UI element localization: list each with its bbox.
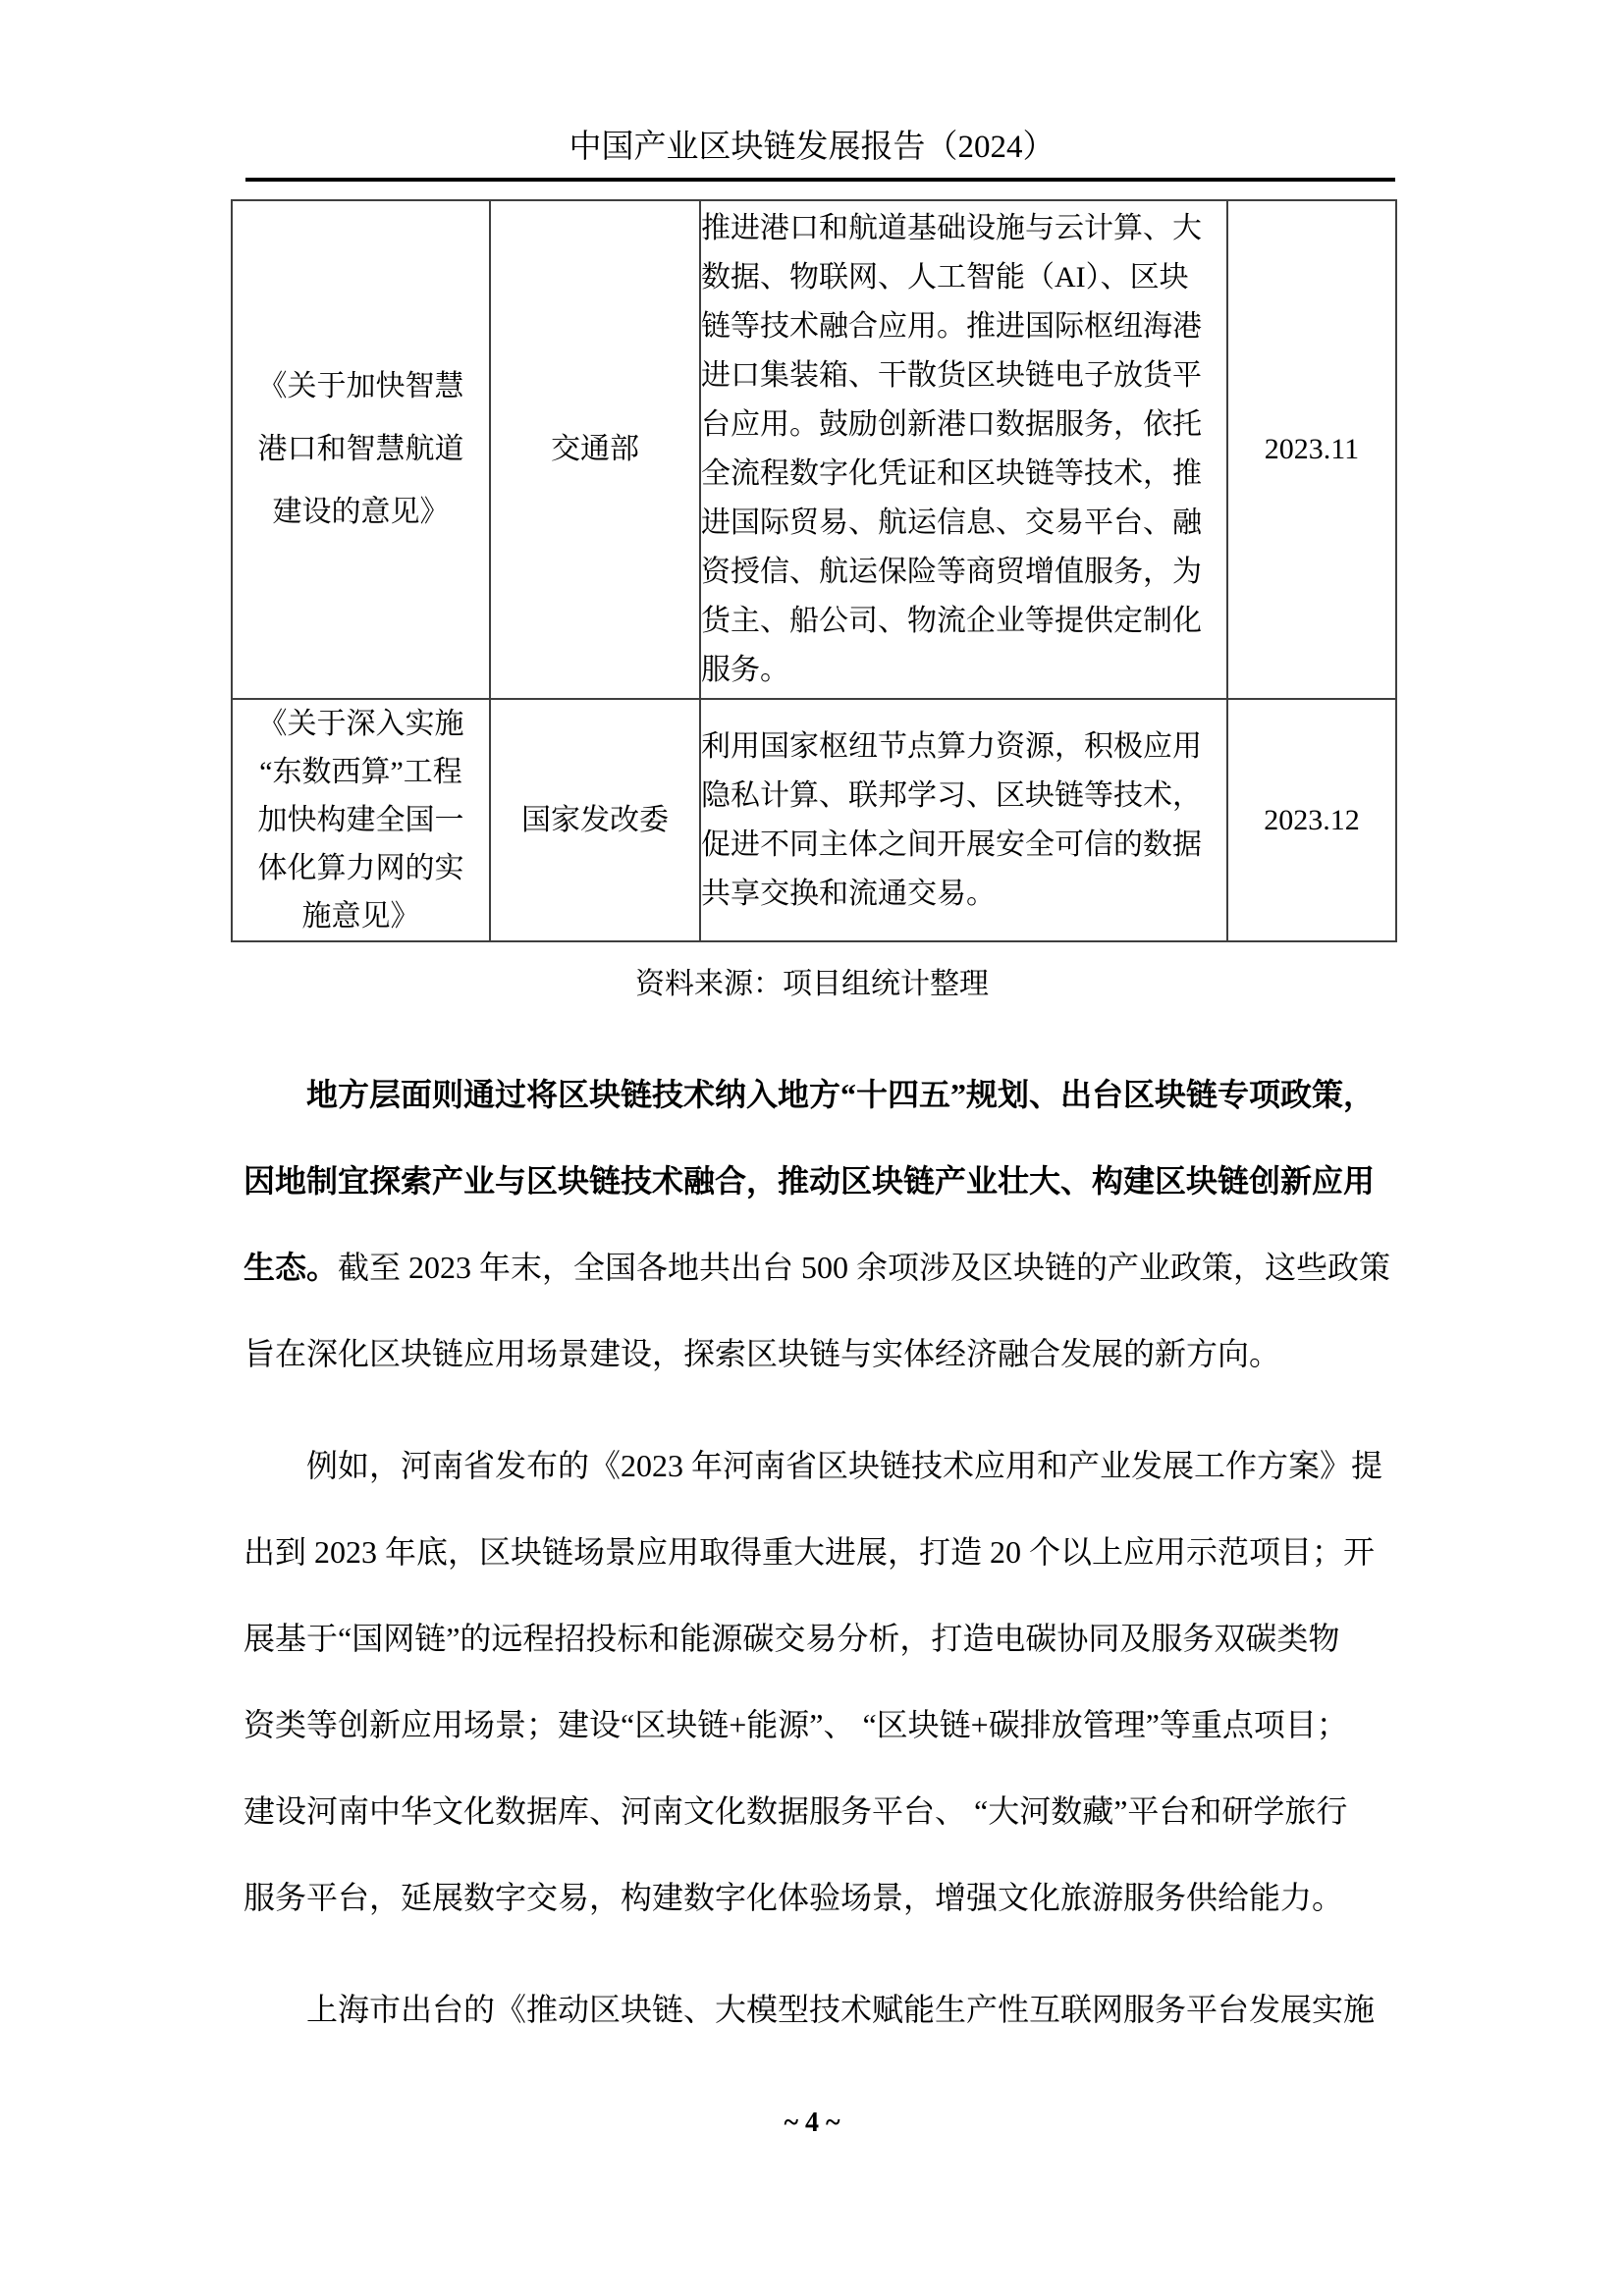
paragraph-local-policy-regular-text: 截至 2023 年末，全国各地共出台 500 余项涉及区块链的产业政策，这些政策… [244, 1250, 1390, 1371]
policy-table: 《关于加快智慧 港口和智慧航道 建设的意见》 交通部 推进港口和航道基础设施与云… [231, 199, 1397, 942]
policy-content-cell: 推进港口和航道基础设施与云计算、大 数据、物联网、人工智能（AI）、区块 链等技… [700, 200, 1227, 699]
paragraph-local-policy: 地方层面则通过将区块链技术纳入地方“十四五”规划、出台区块链专项政策， 因地制宜… [244, 1051, 1392, 1397]
policy-content-cell: 利用国家枢纽节点算力资源，积极应用 隐私计算、联邦学习、区块链等技术， 促进不同… [700, 699, 1227, 941]
table-row-smart-ports: 《关于加快智慧 港口和智慧航道 建设的意见》 交通部 推进港口和航道基础设施与云… [232, 200, 1396, 699]
date-cell: 2023.11 [1227, 200, 1396, 699]
policy-name-cell: 《关于深入实施 “东数西算”工程 加快构建全国一 体化算力网的实 施意见》 [232, 699, 490, 941]
header-rule [245, 178, 1395, 182]
table-source-note: 资料来源：项目组统计整理 [0, 967, 1624, 1002]
paragraph-henan-example: 例如，河南省发布的《2023 年河南省区块链技术应用和产业发展工作方案》提 出到… [244, 1422, 1392, 1941]
department-cell: 国家发改委 [490, 699, 700, 941]
document-page: 中国产业区块链发展报告（2024） 《关于加快智慧 港口和智慧航道 建设的意见》… [0, 0, 1624, 2296]
body-text: 地方层面则通过将区块链技术纳入地方“十四五”规划、出台区块链专项政策， 因地制宜… [244, 1051, 1392, 2053]
page-number: ~ 4 ~ [0, 2107, 1624, 2140]
table-row-east-data-west-computing: 《关于深入实施 “东数西算”工程 加快构建全国一 体化算力网的实 施意见》 国家… [232, 699, 1396, 941]
paragraph-shanghai-example: 上海市出台的《推动区块链、大模型技术赋能生产性互联网服务平台发展实施 [244, 1966, 1392, 2053]
department-cell: 交通部 [490, 200, 700, 699]
date-cell: 2023.12 [1227, 699, 1396, 941]
header-title: 中国产业区块链发展报告（2024） [0, 128, 1624, 167]
policy-name-cell: 《关于加快智慧 港口和智慧航道 建设的意见》 [232, 200, 490, 699]
